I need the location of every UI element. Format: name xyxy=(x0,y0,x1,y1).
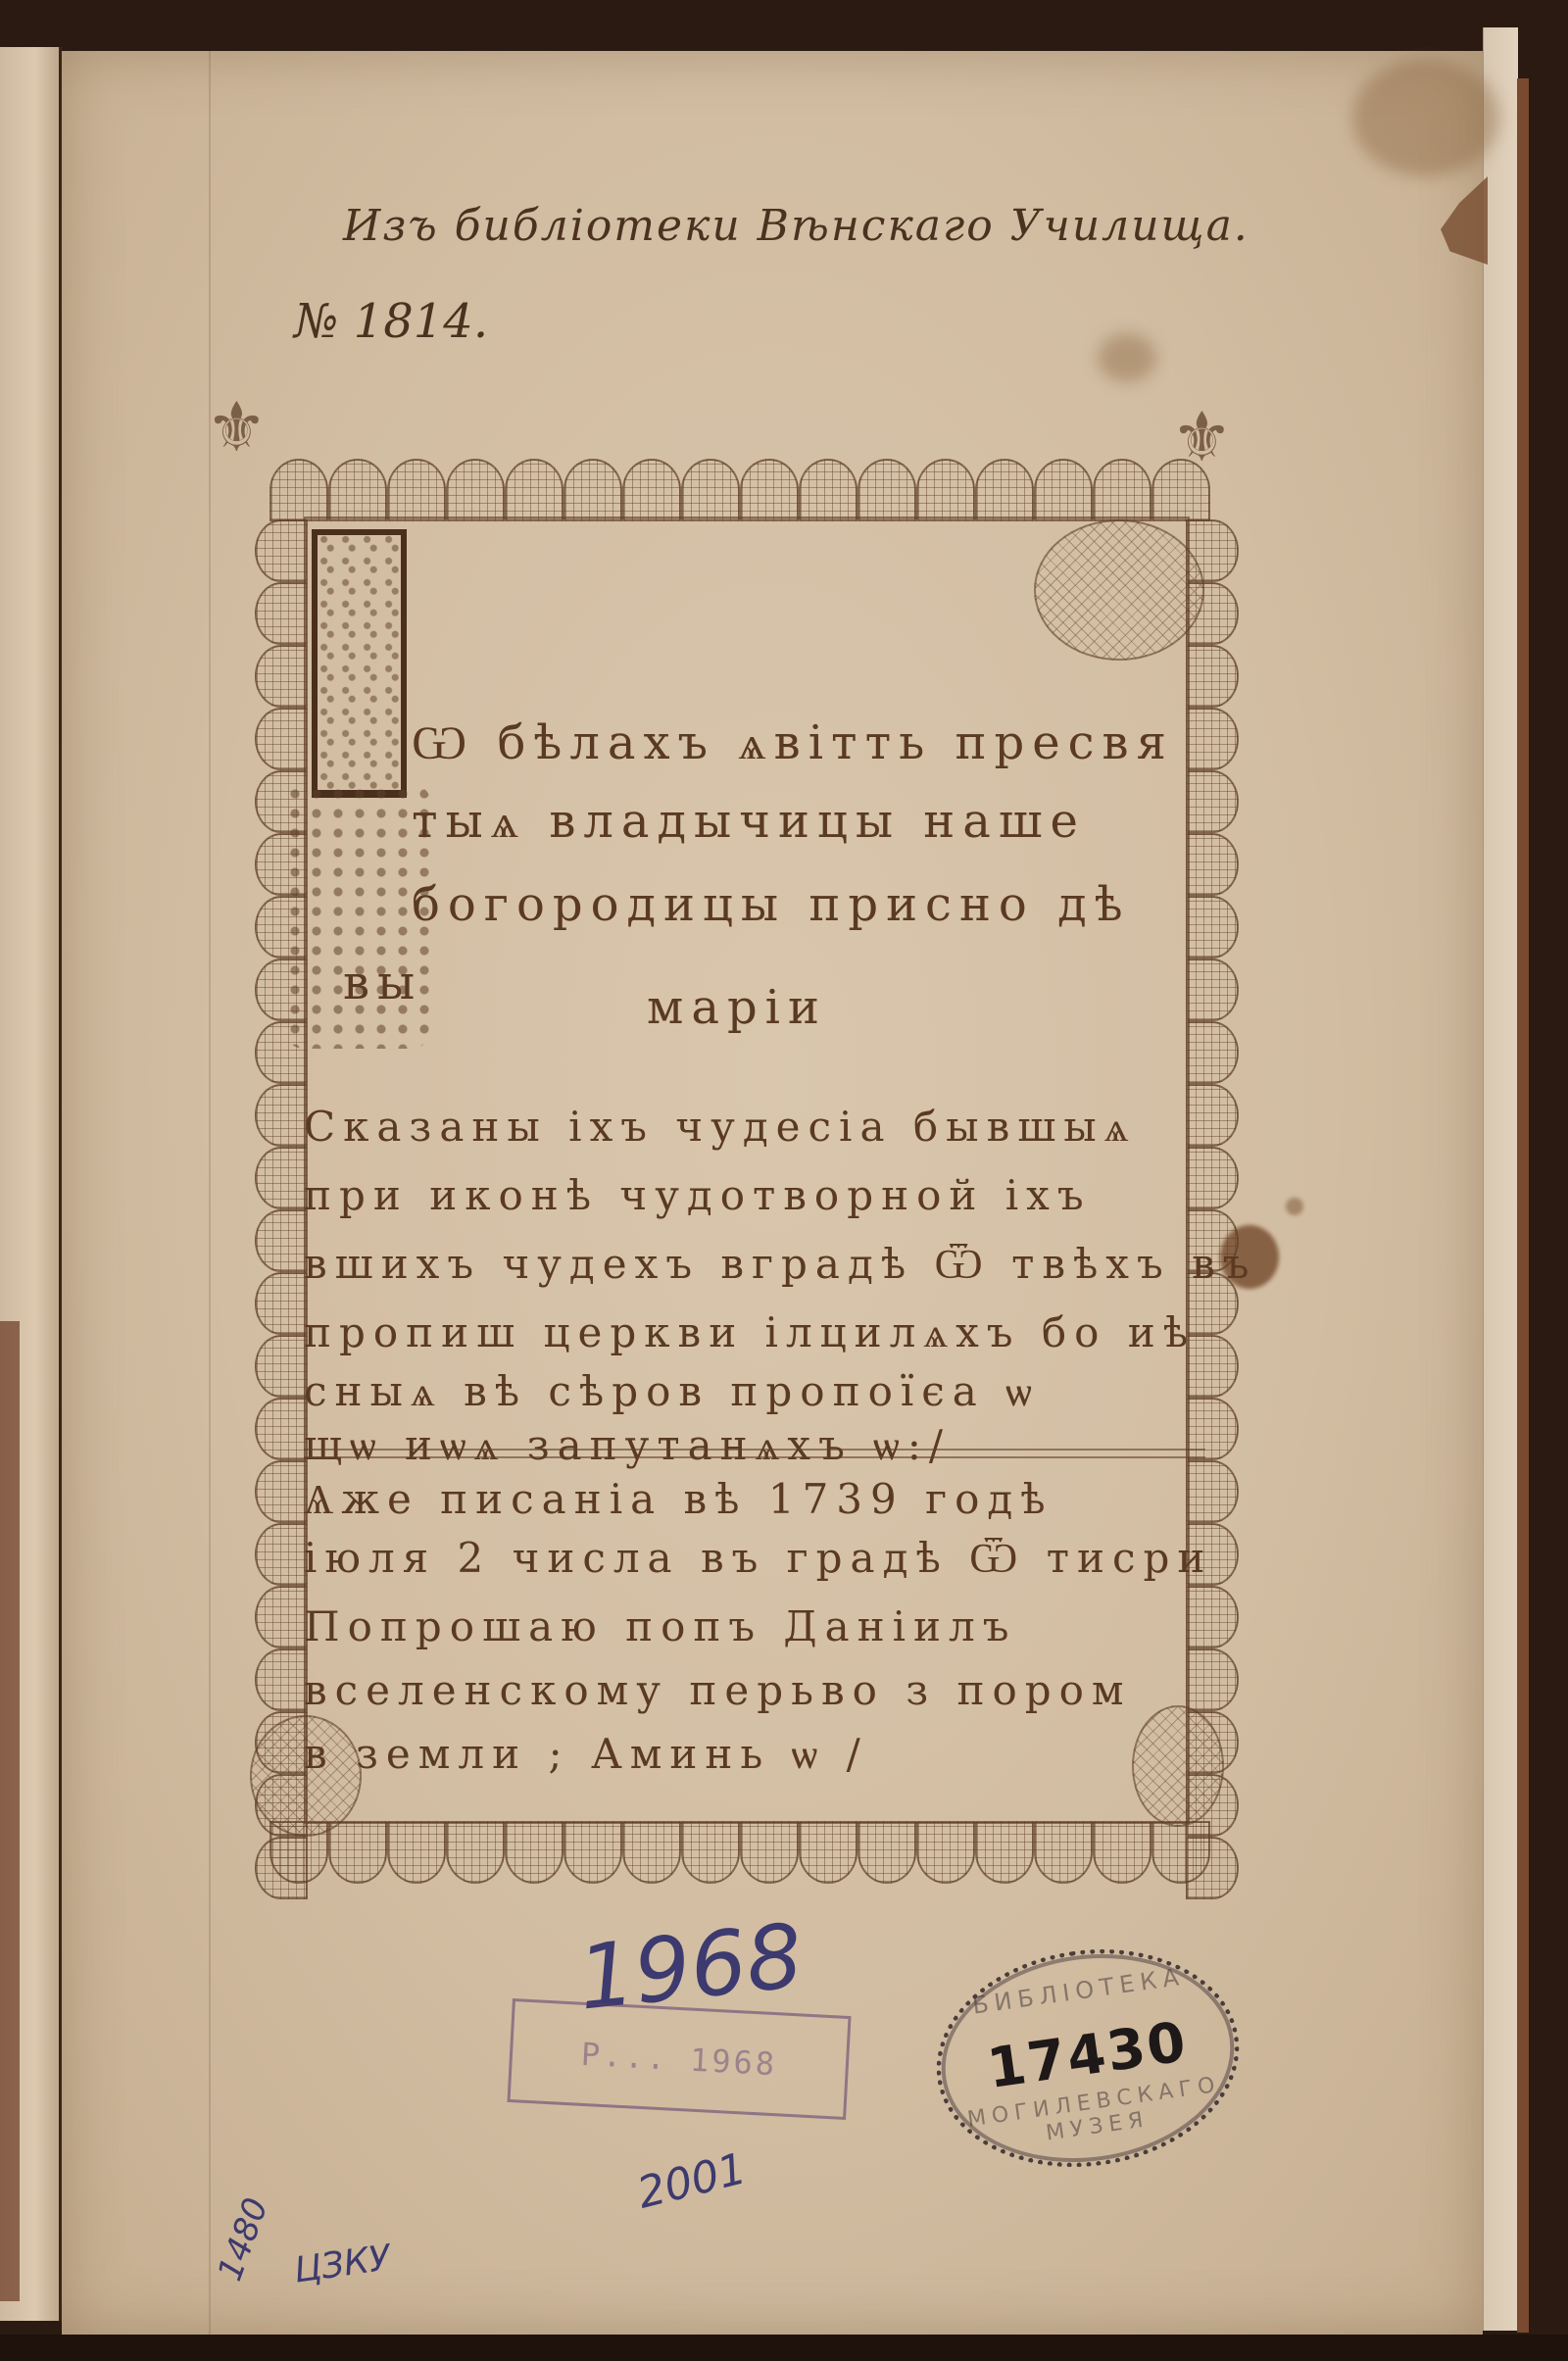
lily-flower-icon: ⚜ xyxy=(1171,397,1233,477)
colophon-line: Попрошаю попъ Даніилъ xyxy=(304,1602,1016,1650)
title-line: тыѧ владычицы наше xyxy=(412,794,1086,849)
body-line: Сказаны іхъ чудесіа бывшыѧ xyxy=(304,1103,1136,1152)
corner-ornament-top-right xyxy=(1034,519,1204,661)
body-line: при иконѣ чудотворной іхъ xyxy=(304,1171,1092,1219)
water-stain xyxy=(1352,59,1499,176)
body-line: вшихъ чудехъ вградѣ Ѿ твѣхъ въ xyxy=(304,1240,1256,1289)
colophon-line: в земли ; Аминь ѡ / xyxy=(304,1730,868,1779)
title-line: богородицы присно дѣ xyxy=(412,877,1131,932)
shelf-number: № 1814. xyxy=(294,294,488,349)
top-scalloped-border xyxy=(269,459,1210,521)
section-divider xyxy=(304,1449,1205,1458)
title-line: вы xyxy=(343,956,422,1010)
binding-edge xyxy=(1517,78,1529,2333)
colophon-line: іюля 2 числа въ градѣ Ѿ тисри xyxy=(304,1534,1212,1583)
body-line: пропиш церкви ілцилѧхъ бо иѣ xyxy=(304,1308,1196,1357)
lily-flower-icon: ⚜ xyxy=(206,387,268,467)
body-line: сныѧ вѣ сѣров пропоїєа ѡ xyxy=(304,1367,1040,1416)
ink-blot xyxy=(1286,1198,1303,1215)
colophon-line: вселенскому перьво з пором xyxy=(304,1666,1132,1714)
corner-ornament-bottom-right xyxy=(1132,1705,1224,1827)
water-stain xyxy=(1098,333,1156,382)
left-facing-leaf xyxy=(0,47,62,2321)
right-page-edge xyxy=(1483,27,1518,2331)
right-scalloped-border xyxy=(1186,519,1239,1899)
title-line-name: маріи xyxy=(647,980,827,1035)
bottom-scalloped-border xyxy=(269,1821,1210,1884)
body-line: щѡ иѡѧ запутанѧхъ ѡ:/ xyxy=(304,1421,951,1470)
left-scalloped-border xyxy=(255,519,308,1899)
manuscript-scan: Изъ библіотеки Вѣнскаго Училища. № 1814.… xyxy=(0,0,1568,2361)
library-provenance-note: Изъ библіотеки Вѣнскаго Училища. xyxy=(343,201,1249,251)
colophon-line: Ѧже писаніа вѣ 1739 годѣ xyxy=(304,1475,1053,1524)
rectangular-stamp: Р... 1968 xyxy=(507,1998,851,2120)
scan-background-bottom xyxy=(0,2335,1568,2361)
illuminated-initial: Ѡ xyxy=(312,529,407,798)
title-line: Ѡ бѣлахъ ѧвітть пресвя xyxy=(412,715,1174,770)
